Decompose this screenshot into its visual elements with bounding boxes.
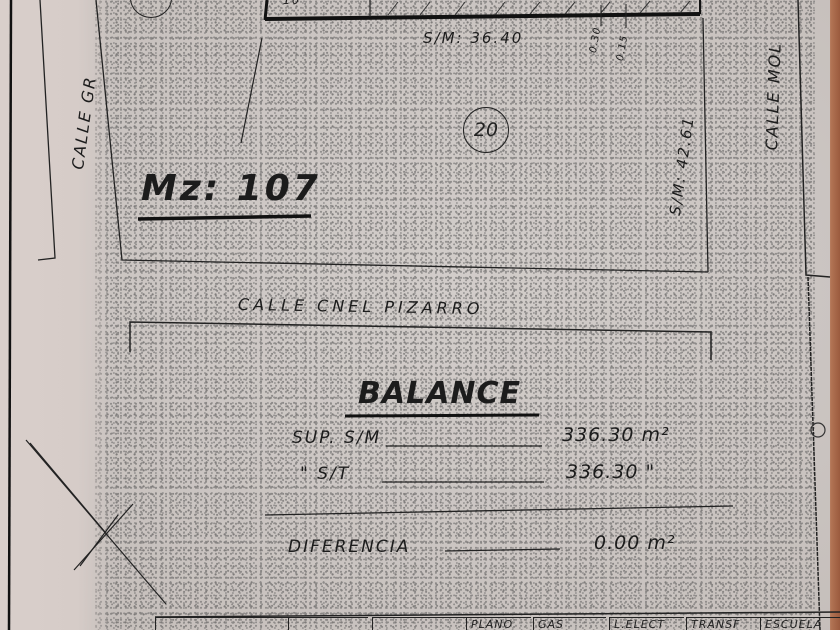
difference-value: 0.00 m² bbox=[594, 532, 675, 554]
title-block-cell bbox=[288, 617, 368, 630]
balance-separator bbox=[265, 506, 733, 515]
balance-row-value: 336.30 m² bbox=[562, 424, 670, 446]
title-block-cell: PLANO bbox=[466, 617, 531, 630]
street-label-right: CALLE MOL bbox=[762, 42, 785, 151]
title-block-cell bbox=[372, 617, 467, 630]
street-right-bracket bbox=[798, 0, 830, 277]
title-block-cell: GAS bbox=[533, 617, 606, 630]
lot-number: 20 bbox=[474, 119, 498, 141]
north-arrow-icon bbox=[26, 440, 166, 604]
balance-row-label: " S/T bbox=[300, 464, 350, 484]
block-outline bbox=[96, 0, 708, 272]
building-edge bbox=[265, 14, 700, 19]
balance-title-underline bbox=[345, 415, 539, 416]
balance-title: BALANCE bbox=[358, 376, 521, 411]
title-block-cell: TRANSF bbox=[686, 617, 763, 630]
title-block-cell bbox=[155, 617, 290, 630]
leader-line bbox=[241, 38, 262, 143]
block-label: Mz: 107 bbox=[141, 168, 321, 209]
title-block-cell: L.ELECT bbox=[609, 617, 684, 630]
block-label-underline bbox=[138, 216, 311, 219]
balance-row-value: 336.30 " bbox=[566, 461, 655, 483]
title-block-cell: ESCUELA bbox=[760, 617, 840, 630]
block-right-edge bbox=[703, 18, 708, 272]
street-bottom-bracket bbox=[130, 322, 711, 360]
front-measurement: S/M: 36.40 bbox=[423, 29, 523, 47]
street-left-bracket bbox=[38, 0, 55, 260]
lot-number-badge: 20 bbox=[463, 107, 509, 153]
page-border-left bbox=[9, 0, 11, 630]
top-measurement-partial: 10 bbox=[283, 0, 301, 7]
balance-row-label: SUP. S/M bbox=[292, 428, 381, 448]
difference-label: DIFERENCIA bbox=[288, 537, 410, 557]
